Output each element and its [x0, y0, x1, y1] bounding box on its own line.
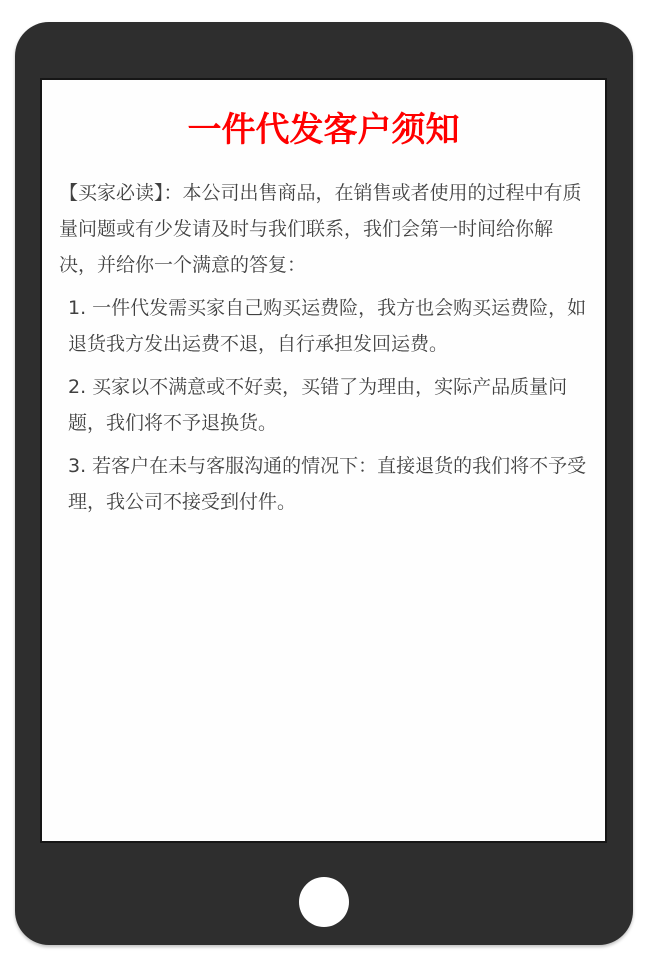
notice-item-2: 2. 买家以不满意或不好卖，买错了为理由，实际产品质量问题，我们将不予退换货。 — [68, 369, 592, 441]
notice-intro: 【买家必读】：本公司出售商品，在销售或者使用的过程中有质量问题或有少发请及时与我… — [59, 175, 590, 283]
notice-item-1: 1. 一件代发需买家自己购买运费险，我方也会购买运费险，如退货我方发出运费不退，… — [68, 290, 592, 362]
notice-item-3: 3. 若客户在未与客服沟通的情况下：直接退货的我们将不予受理，我公司不接受到付件… — [68, 448, 592, 520]
tablet-frame: 一件代发客户须知 【买家必读】：本公司出售商品，在销售或者使用的过程中有质量问题… — [15, 22, 633, 945]
tablet-screen: 一件代发客户须知 【买家必读】：本公司出售商品，在销售或者使用的过程中有质量问题… — [40, 78, 607, 843]
notice-title: 一件代发客户须知 — [52, 110, 595, 150]
home-button[interactable] — [299, 877, 349, 927]
